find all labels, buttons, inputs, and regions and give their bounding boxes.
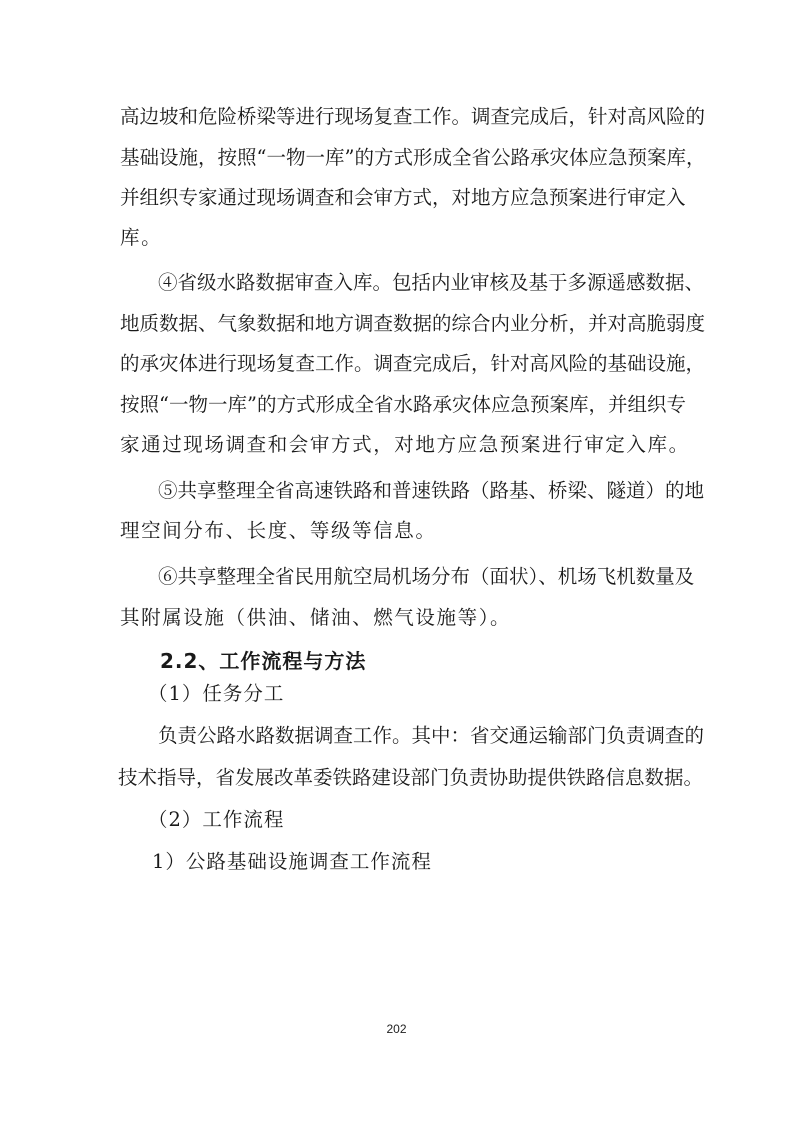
paragraph-line: 负责公路水路数据调查工作。其中：省交通运输部门负责调查的: [158, 724, 680, 748]
paragraph-line: 技术指导，省发展改革委铁路建设部门负责协助提供铁路信息数据。: [118, 766, 684, 790]
paragraph-line: 理空间分布、长度、等级等信息。: [120, 519, 680, 543]
paragraph-line: ⑤共享整理全省高速铁路和普速铁路（路基、桥梁、隧道）的地: [158, 479, 680, 503]
paragraph-line: 地质数据、气象数据和地方调查数据的综合内业分析，并对高脆弱度: [120, 312, 680, 336]
page-number: 202: [0, 1022, 793, 1036]
paragraph-line: 并组织专家通过现场调查和会审方式，对地方应急预案进行审定入: [120, 186, 680, 210]
section-heading: 2.2、工作流程与方法: [160, 649, 366, 673]
paragraph-line: ⑥共享整理全省民用航空局机场分布（面状）、机场飞机数量及: [158, 565, 680, 589]
paragraph-line: 按照“一物一库”的方式形成全省水路承灾体应急预案库，并组织专: [120, 393, 680, 417]
paragraph-line: 的承灾体进行现场复查工作。调查完成后，针对高风险的基础设施，: [120, 352, 680, 376]
subsection-heading: （2）工作流程: [148, 808, 708, 832]
paragraph-line: 其附属设施（供油、储油、燃气设施等）。: [120, 606, 680, 630]
subsection-heading: （1）任务分工: [148, 682, 708, 706]
paragraph-line: 基础设施，按照“一物一库”的方式形成全省公路承灾体应急预案库，: [120, 146, 680, 170]
sub-item-heading: 1）公路基础设施调查工作流程: [152, 850, 712, 874]
paragraph-line: ④省级水路数据审查入库。包括内业审核及基于多源遥感数据、: [158, 271, 680, 295]
paragraph-line: 家通过现场调查和会审方式，对地方应急预案进行审定入库。: [120, 433, 680, 457]
document-page: 高边坡和危险桥梁等进行现场复查工作。调查完成后，针对高风险的 基础设施，按照“一…: [0, 0, 793, 1122]
paragraph-line: 库。: [120, 226, 680, 250]
paragraph-line: 高边坡和危险桥梁等进行现场复查工作。调查完成后，针对高风险的: [120, 105, 680, 129]
